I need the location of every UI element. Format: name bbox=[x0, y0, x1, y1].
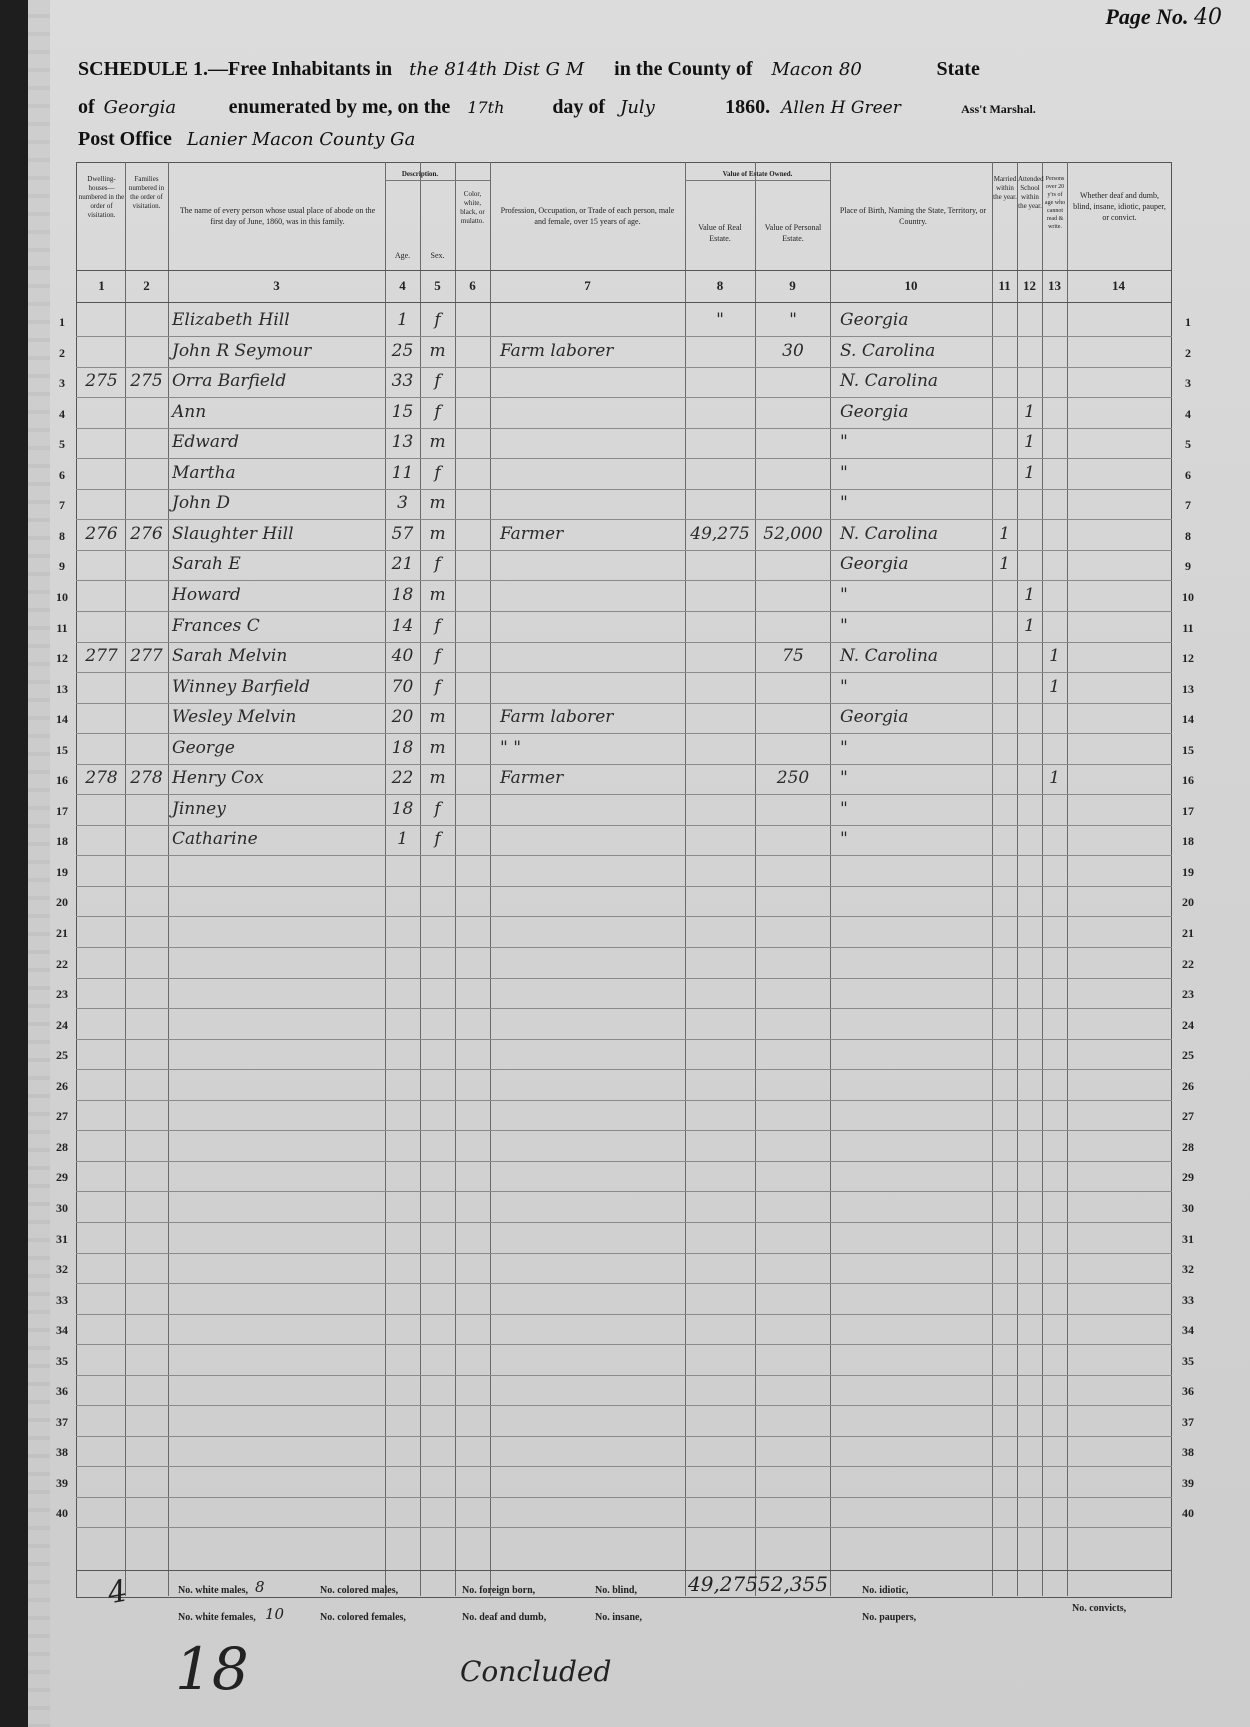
sex: m bbox=[420, 341, 455, 361]
birthplace: Georgia bbox=[840, 554, 990, 574]
value-estate-group-header: Value of Estate Owned. bbox=[685, 169, 830, 181]
person-name: Sarah Melvin bbox=[172, 646, 382, 666]
row-rule bbox=[76, 367, 1172, 368]
row-number: 15 bbox=[50, 743, 74, 758]
col-divider bbox=[685, 162, 686, 1596]
row-number: 30 bbox=[1176, 1201, 1200, 1216]
row-number: 14 bbox=[1176, 712, 1200, 727]
col-divider bbox=[1067, 162, 1068, 1596]
birthplace: Georgia bbox=[840, 310, 990, 330]
birthplace: " bbox=[840, 616, 990, 636]
person-name: Wesley Melvin bbox=[172, 707, 382, 727]
row-number: 21 bbox=[1176, 926, 1200, 941]
person-name: Howard bbox=[172, 585, 382, 605]
occupation: Farm laborer bbox=[500, 707, 680, 727]
col-number: 5 bbox=[420, 278, 455, 294]
age: 1 bbox=[385, 829, 420, 849]
person-name: George bbox=[172, 738, 382, 758]
col-number: 14 bbox=[1067, 278, 1170, 294]
row-number: 1 bbox=[50, 315, 74, 330]
col-number: 2 bbox=[125, 278, 168, 294]
illiterate-mark: 1 bbox=[1042, 768, 1067, 788]
person-name: Elizabeth Hill bbox=[172, 310, 382, 330]
white-males-label: No. white males, bbox=[178, 1585, 248, 1596]
row-rule bbox=[76, 1008, 1172, 1009]
col-header-name: The name of every person whose usual pla… bbox=[175, 205, 380, 313]
personal-estate-value: " bbox=[758, 310, 828, 330]
row-rule bbox=[76, 458, 1172, 459]
col-number: 12 bbox=[1017, 278, 1042, 294]
row-number: 14 bbox=[50, 712, 74, 727]
row-number: 7 bbox=[50, 498, 74, 513]
birthplace: " bbox=[840, 738, 990, 758]
col-number: 11 bbox=[992, 278, 1017, 294]
col-header-illiterate: Persons over 20 y'rs of age who cannot r… bbox=[1043, 175, 1067, 283]
district-value: the 814th Dist G M bbox=[397, 59, 609, 80]
occupation: Farm laborer bbox=[500, 341, 680, 361]
age: 20 bbox=[385, 707, 420, 727]
row-number: 5 bbox=[50, 437, 74, 452]
paupers-label: No. paupers, bbox=[862, 1612, 916, 1623]
row-rule bbox=[76, 1130, 1172, 1131]
age: 57 bbox=[385, 524, 420, 544]
age: 18 bbox=[385, 585, 420, 605]
col-header-family: Families numbered in the order of visita… bbox=[125, 175, 168, 283]
row-rule bbox=[76, 397, 1172, 398]
row-number: 40 bbox=[1176, 1506, 1200, 1521]
sex: f bbox=[420, 402, 455, 422]
dwelling-number: 275 bbox=[78, 371, 125, 391]
post-office-line: Post Office Lanier Macon County Ga bbox=[78, 128, 415, 151]
age: 1 bbox=[385, 310, 420, 330]
day-value: 17th bbox=[455, 98, 547, 117]
row-number: 34 bbox=[1176, 1323, 1200, 1338]
row-number: 20 bbox=[50, 895, 74, 910]
sex: f bbox=[420, 371, 455, 391]
row-rule bbox=[76, 794, 1172, 795]
birthplace: " bbox=[840, 493, 990, 513]
col-number: 1 bbox=[78, 278, 125, 294]
row-rule bbox=[76, 642, 1172, 643]
family-number: 275 bbox=[125, 371, 168, 391]
person-name: Sarah E bbox=[172, 554, 382, 574]
row-rule bbox=[76, 1497, 1172, 1498]
illiterate-mark: 1 bbox=[1042, 677, 1067, 697]
age: 18 bbox=[385, 799, 420, 819]
col-header-dwelling: Dwelling-houses—numbered in the order of… bbox=[78, 175, 125, 283]
personal-estate-value: 75 bbox=[758, 646, 828, 666]
col-divider bbox=[830, 162, 831, 1596]
row-number: 30 bbox=[50, 1201, 74, 1216]
row-number: 18 bbox=[1176, 834, 1200, 849]
page-edge bbox=[28, 0, 50, 1727]
row-number: 13 bbox=[1176, 682, 1200, 697]
row-rule bbox=[76, 1253, 1172, 1254]
row-rule bbox=[76, 916, 1172, 917]
row-rule bbox=[76, 580, 1172, 581]
person-name: John R Seymour bbox=[172, 341, 382, 361]
row-number: 29 bbox=[50, 1170, 74, 1185]
blind-label: No. blind, bbox=[595, 1585, 637, 1596]
dwelling-number: 278 bbox=[78, 768, 125, 788]
row-number: 2 bbox=[1176, 346, 1200, 361]
age: 25 bbox=[385, 341, 420, 361]
birthplace: " bbox=[840, 677, 990, 697]
row-number: 10 bbox=[1176, 590, 1200, 605]
white-females-label: No. white females, bbox=[178, 1612, 256, 1623]
row-number: 8 bbox=[50, 529, 74, 544]
age: 40 bbox=[385, 646, 420, 666]
row-number: 5 bbox=[1176, 437, 1200, 452]
row-number: 31 bbox=[50, 1232, 74, 1247]
row-rule bbox=[76, 1161, 1172, 1162]
row-number: 39 bbox=[1176, 1476, 1200, 1491]
row-number: 22 bbox=[50, 957, 74, 972]
row-number: 33 bbox=[1176, 1293, 1200, 1308]
age: 33 bbox=[385, 371, 420, 391]
row-number: 23 bbox=[1176, 987, 1200, 1002]
row-number: 16 bbox=[50, 773, 74, 788]
row-number: 28 bbox=[50, 1140, 74, 1155]
sex: f bbox=[420, 646, 455, 666]
row-number: 26 bbox=[1176, 1079, 1200, 1094]
col-divider bbox=[755, 162, 756, 1596]
birthplace: " bbox=[840, 768, 990, 788]
real-estate-value: 49,275 bbox=[688, 524, 752, 544]
row-rule bbox=[76, 855, 1172, 856]
col-divider bbox=[992, 162, 993, 1596]
col-header-school: Attended School within the year. bbox=[1018, 175, 1042, 283]
row-rule bbox=[76, 1069, 1172, 1070]
row-number: 19 bbox=[1176, 865, 1200, 880]
row-number: 6 bbox=[1176, 468, 1200, 483]
row-rule bbox=[76, 1466, 1172, 1467]
school-mark: 1 bbox=[1017, 616, 1042, 636]
school-mark: 1 bbox=[1017, 432, 1042, 452]
row-number: 9 bbox=[1176, 559, 1200, 574]
white-females-value: 10 bbox=[265, 1605, 284, 1623]
row-rule bbox=[76, 886, 1172, 887]
family-number: 276 bbox=[125, 524, 168, 544]
person-name: Catharine bbox=[172, 829, 382, 849]
margin-count: 18 bbox=[175, 1635, 249, 1703]
row-number: 4 bbox=[1176, 407, 1200, 422]
occupation: " " bbox=[500, 738, 680, 758]
sex: f bbox=[420, 463, 455, 483]
birthplace: " bbox=[840, 463, 990, 483]
row-number: 3 bbox=[1176, 376, 1200, 391]
row-number: 28 bbox=[1176, 1140, 1200, 1155]
personal-estate-value: 250 bbox=[758, 768, 828, 788]
row-rule bbox=[76, 978, 1172, 979]
age: 22 bbox=[385, 768, 420, 788]
row-number: 37 bbox=[1176, 1415, 1200, 1430]
school-mark: 1 bbox=[1017, 402, 1042, 422]
col-number: 10 bbox=[830, 278, 992, 294]
sex: m bbox=[420, 585, 455, 605]
person-name: Ann bbox=[172, 402, 382, 422]
real-estate-total: 49,275 bbox=[688, 1572, 758, 1596]
row-rule bbox=[76, 1344, 1172, 1345]
sex: m bbox=[420, 738, 455, 758]
birthplace: Georgia bbox=[840, 402, 990, 422]
age: 3 bbox=[385, 493, 420, 513]
row-number: 25 bbox=[50, 1048, 74, 1063]
colored-females-label: No. colored females, bbox=[320, 1612, 406, 1623]
row-rule bbox=[76, 611, 1172, 612]
person-name: Orra Barfield bbox=[172, 371, 382, 391]
person-name: Henry Cox bbox=[172, 768, 382, 788]
row-rule bbox=[76, 428, 1172, 429]
row-rule bbox=[76, 550, 1172, 551]
birthplace: " bbox=[840, 585, 990, 605]
row-number: 19 bbox=[50, 865, 74, 880]
sex: f bbox=[420, 554, 455, 574]
age: 70 bbox=[385, 677, 420, 697]
foreign-born-label: No. foreign born, bbox=[462, 1585, 535, 1596]
row-number: 24 bbox=[1176, 1018, 1200, 1033]
row-rule bbox=[76, 1436, 1172, 1437]
person-name: Slaughter Hill bbox=[172, 524, 382, 544]
occupation: Farmer bbox=[500, 768, 680, 788]
row-rule bbox=[76, 1283, 1172, 1284]
row-number: 10 bbox=[50, 590, 74, 605]
enumeration-line: of Georgia enumerated by me, on the 17th… bbox=[78, 96, 1036, 119]
row-number: 17 bbox=[50, 804, 74, 819]
row-number: 40 bbox=[50, 1506, 74, 1521]
row-rule bbox=[76, 336, 1172, 337]
row-rule bbox=[76, 519, 1172, 520]
concluded-note: Concluded bbox=[460, 1655, 611, 1688]
birthplace: Georgia bbox=[840, 707, 990, 727]
age: 11 bbox=[385, 463, 420, 483]
footer-rule bbox=[76, 1570, 1172, 1571]
sex: f bbox=[420, 799, 455, 819]
col-divider bbox=[168, 162, 169, 1596]
col-number: 6 bbox=[455, 278, 490, 294]
deaf-dumb-label: No. deaf and dumb, bbox=[462, 1612, 546, 1623]
row-number: 38 bbox=[1176, 1445, 1200, 1460]
row-rule bbox=[76, 947, 1172, 948]
row-number: 16 bbox=[1176, 773, 1200, 788]
person-name: Winney Barfield bbox=[172, 677, 382, 697]
row-number: 37 bbox=[50, 1415, 74, 1430]
school-mark: 1 bbox=[1017, 463, 1042, 483]
age: 21 bbox=[385, 554, 420, 574]
personal-estate-total: 52,355 bbox=[758, 1572, 828, 1596]
row-number: 36 bbox=[1176, 1384, 1200, 1399]
birthplace: " bbox=[840, 432, 990, 452]
row-rule bbox=[76, 1314, 1172, 1315]
row-rule bbox=[76, 733, 1172, 734]
row-number: 24 bbox=[50, 1018, 74, 1033]
col-number: 3 bbox=[168, 278, 385, 294]
row-number: 27 bbox=[1176, 1109, 1200, 1124]
row-rule bbox=[76, 489, 1172, 490]
row-number: 6 bbox=[50, 468, 74, 483]
schedule-line: SCHEDULE 1.—Free Inhabitants in the 814t… bbox=[78, 58, 980, 81]
person-name: Frances C bbox=[172, 616, 382, 636]
person-name: Martha bbox=[172, 463, 382, 483]
county-value: Macon 80 bbox=[758, 59, 932, 80]
row-rule bbox=[76, 1222, 1172, 1223]
sex: f bbox=[420, 310, 455, 330]
row-number: 1 bbox=[1176, 315, 1200, 330]
row-number: 26 bbox=[50, 1079, 74, 1094]
marshal-name: Allen H Greer bbox=[775, 98, 956, 118]
col-header-occupation: Profession, Occupation, or Trade of each… bbox=[495, 205, 680, 313]
row-number: 3 bbox=[50, 376, 74, 391]
row-number: 38 bbox=[50, 1445, 74, 1460]
person-name: John D bbox=[172, 493, 382, 513]
row-number: 4 bbox=[50, 407, 74, 422]
col-number: 7 bbox=[490, 278, 685, 294]
row-rule bbox=[76, 1527, 1172, 1528]
birthplace: N. Carolina bbox=[840, 524, 990, 544]
person-name: Edward bbox=[172, 432, 382, 452]
row-number: 22 bbox=[1176, 957, 1200, 972]
col-divider bbox=[490, 162, 491, 1596]
personal-estate-value: 30 bbox=[758, 341, 828, 361]
row-number: 39 bbox=[50, 1476, 74, 1491]
row-number: 25 bbox=[1176, 1048, 1200, 1063]
insane-label: No. insane, bbox=[595, 1612, 642, 1623]
school-mark: 1 bbox=[1017, 585, 1042, 605]
white-males-value: 8 bbox=[255, 1578, 265, 1596]
family-number: 278 bbox=[125, 768, 168, 788]
illiterate-mark: 1 bbox=[1042, 646, 1067, 666]
sex: m bbox=[420, 707, 455, 727]
sex: m bbox=[420, 432, 455, 452]
row-number: 12 bbox=[50, 651, 74, 666]
birthplace: N. Carolina bbox=[840, 371, 990, 391]
row-rule bbox=[76, 1375, 1172, 1376]
dwelling-number: 277 bbox=[78, 646, 125, 666]
idiotic-label: No. idiotic, bbox=[862, 1585, 908, 1596]
month-value: July bbox=[610, 97, 720, 118]
married-mark: 1 bbox=[992, 554, 1017, 574]
row-number: 27 bbox=[50, 1109, 74, 1124]
sex: f bbox=[420, 677, 455, 697]
row-number: 12 bbox=[1176, 651, 1200, 666]
row-number: 23 bbox=[50, 987, 74, 1002]
age: 13 bbox=[385, 432, 420, 452]
row-rule bbox=[76, 1405, 1172, 1406]
row-number: 29 bbox=[1176, 1170, 1200, 1185]
post-office-value: Lanier Macon County Ga bbox=[177, 129, 415, 150]
person-name: Jinney bbox=[172, 799, 382, 819]
col-divider bbox=[1017, 162, 1018, 1596]
row-number: 34 bbox=[50, 1323, 74, 1338]
col-number: 9 bbox=[755, 278, 830, 294]
dwelling-number: 276 bbox=[78, 524, 125, 544]
row-number: 32 bbox=[1176, 1262, 1200, 1277]
state-value: Georgia bbox=[100, 97, 224, 118]
age: 15 bbox=[385, 402, 420, 422]
col-number: 13 bbox=[1042, 278, 1067, 294]
personal-estate-value: 52,000 bbox=[758, 524, 828, 544]
married-mark: 1 bbox=[992, 524, 1017, 544]
row-number: 13 bbox=[50, 682, 74, 697]
sex: m bbox=[420, 493, 455, 513]
col-number: 4 bbox=[385, 278, 420, 294]
row-number: 20 bbox=[1176, 895, 1200, 910]
row-number: 7 bbox=[1176, 498, 1200, 513]
row-number: 8 bbox=[1176, 529, 1200, 544]
row-number: 33 bbox=[50, 1293, 74, 1308]
row-number: 9 bbox=[50, 559, 74, 574]
sex: m bbox=[420, 768, 455, 788]
row-number: 35 bbox=[50, 1354, 74, 1369]
col-header-married: Married within the year. bbox=[993, 175, 1017, 283]
row-number: 35 bbox=[1176, 1354, 1200, 1369]
row-number: 36 bbox=[50, 1384, 74, 1399]
birthplace: S. Carolina bbox=[840, 341, 990, 361]
row-rule bbox=[76, 1039, 1172, 1040]
age: 18 bbox=[385, 738, 420, 758]
row-rule bbox=[76, 1191, 1172, 1192]
row-number: 32 bbox=[50, 1262, 74, 1277]
row-number: 11 bbox=[50, 621, 74, 636]
family-number: 277 bbox=[125, 646, 168, 666]
row-rule bbox=[76, 825, 1172, 826]
age: 14 bbox=[385, 616, 420, 636]
row-number: 21 bbox=[50, 926, 74, 941]
birthplace: " bbox=[840, 799, 990, 819]
birthplace: N. Carolina bbox=[840, 646, 990, 666]
birthplace: " bbox=[840, 829, 990, 849]
col-number: 8 bbox=[685, 278, 755, 294]
row-number: 18 bbox=[50, 834, 74, 849]
row-number: 15 bbox=[1176, 743, 1200, 758]
occupation: Farmer bbox=[500, 524, 680, 544]
row-rule bbox=[76, 1100, 1172, 1101]
col-divider bbox=[455, 162, 456, 1596]
col-header-birthplace: Place of Birth, Naming the State, Territ… bbox=[838, 205, 988, 313]
sex: f bbox=[420, 829, 455, 849]
col-divider bbox=[1042, 162, 1043, 1596]
row-number: 2 bbox=[50, 346, 74, 361]
description-group-header: Description. bbox=[385, 169, 455, 181]
real-estate-value: " bbox=[688, 310, 752, 330]
row-rule bbox=[76, 764, 1172, 765]
row-number: 17 bbox=[1176, 804, 1200, 819]
sex: m bbox=[420, 524, 455, 544]
row-number: 11 bbox=[1176, 621, 1200, 636]
colored-males-label: No. colored males, bbox=[320, 1585, 398, 1596]
row-rule bbox=[76, 703, 1172, 704]
row-number: 31 bbox=[1176, 1232, 1200, 1247]
sex: f bbox=[420, 616, 455, 636]
page-number: Page No. 40 bbox=[1105, 4, 1222, 30]
convicts-label: No. convicts, bbox=[1072, 1603, 1126, 1614]
row-rule bbox=[76, 672, 1172, 673]
